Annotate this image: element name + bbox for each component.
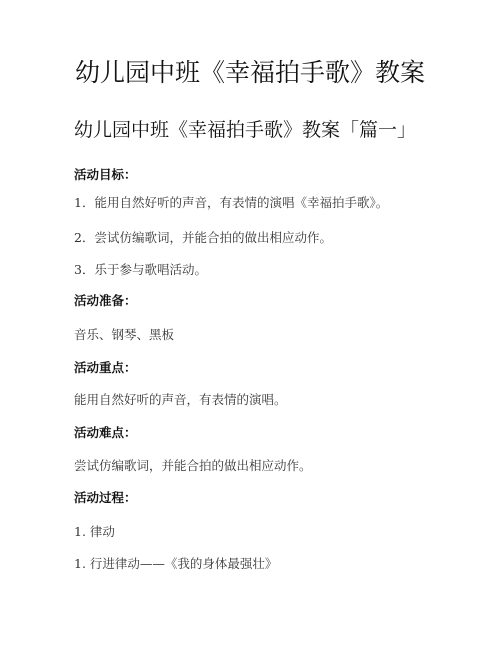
section-heading-key-points: 活动重点：: [74, 359, 137, 377]
document-subtitle: 幼儿园中班《幸福拍手歌》教案「篇一」: [74, 117, 416, 143]
section-heading-preparation: 活动准备：: [74, 292, 137, 310]
goal-item: 2．尝试仿编歌词，并能合拍的做出相应动作。: [74, 229, 332, 247]
section-heading-difficulties: 活动难点：: [74, 424, 137, 442]
goal-item: 3．乐于参与歌唱活动。: [74, 261, 207, 279]
section-heading-goals: 活动目标：: [74, 166, 137, 184]
goal-item: 1．能用自然好听的声音，有表情的演唱《幸福拍手歌》。: [74, 194, 388, 212]
section-heading-process: 活动过程：: [74, 489, 137, 507]
process-item: 1. 律动: [74, 523, 115, 541]
process-item: 1. 行进律动——《我的身体最强壮》: [74, 555, 277, 573]
document-title: 幼儿园中班《幸福拍手歌》教案: [0, 56, 500, 90]
difficulties-content: 尝试仿编歌词，并能合拍的做出相应动作。: [74, 457, 312, 475]
key-points-content: 能用自然好听的声音，有表情的演唱。: [74, 391, 287, 409]
preparation-content: 音乐、钢琴、黑板: [74, 326, 174, 344]
